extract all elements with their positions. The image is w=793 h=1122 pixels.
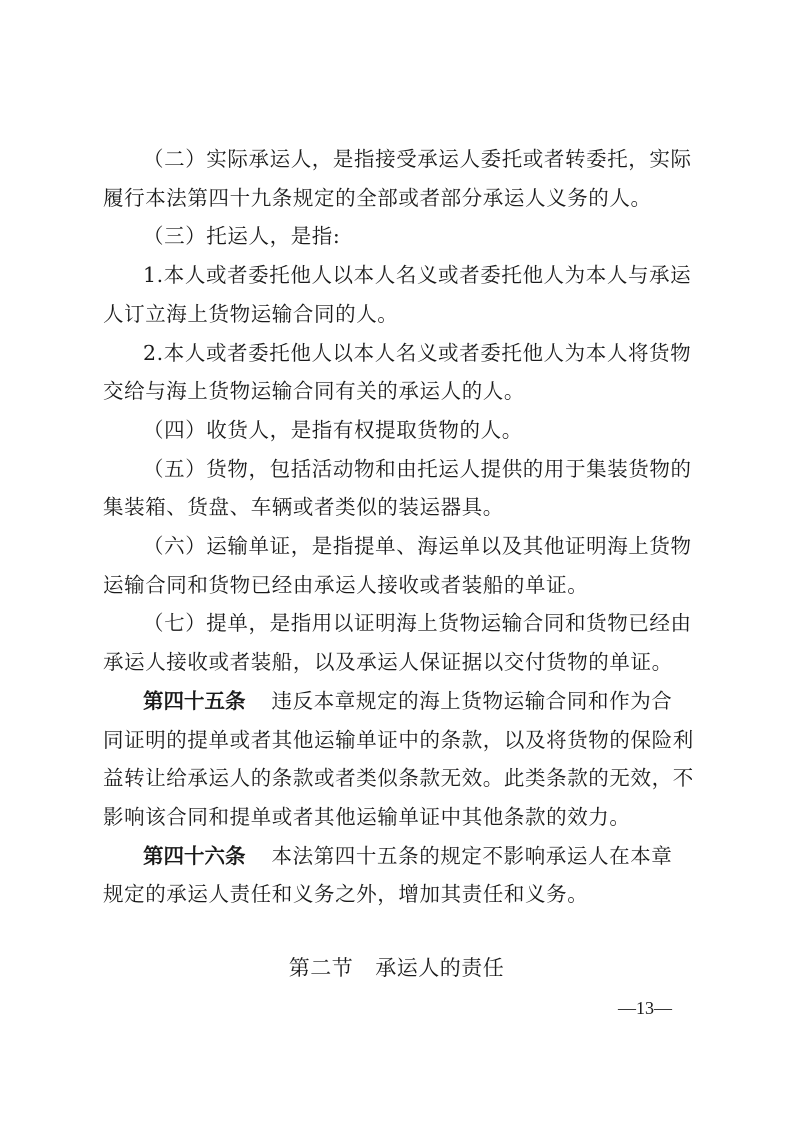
text-line: （六）运输单证，是指提单、海运单以及其他证明海上货物 <box>103 527 695 566</box>
paragraph-transport-document: （六）运输单证，是指提单、海运单以及其他证明海上货物 运输合同和货物已经由承运人… <box>103 527 695 604</box>
text-line: 第四十五条违反本章规定的海上货物运输合同和作为合 <box>103 682 695 721</box>
text-line: 影响该合同和提单或者其他运输单证中其他条款的效力。 <box>103 798 695 837</box>
text-line: 集装箱、货盘、车辆或者类似的装运器具。 <box>103 488 695 527</box>
text-line: 运输合同和货物已经由承运人接收或者装船的单证。 <box>103 566 695 605</box>
text-line: 履行本法第四十九条规定的全部或者部分承运人义务的人。 <box>103 179 695 218</box>
section-heading: 第二节承运人的责任 <box>0 952 793 982</box>
section-number: 第二节 <box>289 956 354 980</box>
article-text: 本法第四十五条的规定不影响承运人在本章 <box>272 844 673 868</box>
paragraph-consignee: （四）收货人，是指有权提取货物的人。 <box>103 411 695 450</box>
text-line: 规定的承运人责任和义务之外，增加其责任和义务。 <box>103 875 695 914</box>
paragraph-shipper-item-1: 1.本人或者委托他人以本人名义或者委托他人为本人与承运 人订立海上货物运输合同的… <box>103 256 695 333</box>
text-line: 1.本人或者委托他人以本人名义或者委托他人为本人与承运 <box>103 256 695 295</box>
article-title: 第四十五条 <box>143 689 246 713</box>
paragraph-goods: （五）货物，包括活动物和由托运人提供的用于集装货物的 集装箱、货盘、车辆或者类似… <box>103 450 695 527</box>
paragraph-shipper-item-2: 2.本人或者委托他人以本人名义或者委托他人为本人将货物 交给与海上货物运输合同有… <box>103 334 695 411</box>
text-line: （四）收货人，是指有权提取货物的人。 <box>103 411 695 450</box>
section-title: 承运人的责任 <box>375 956 504 980</box>
text-line: （二）实际承运人，是指接受承运人委托或者转委托，实际 <box>103 140 695 179</box>
text-line: 2.本人或者委托他人以本人名义或者委托他人为本人将货物 <box>103 334 695 373</box>
document-body: （二）实际承运人，是指接受承运人委托或者转委托，实际 履行本法第四十九条规定的全… <box>103 140 695 914</box>
article-text: 违反本章规定的海上货物运输合同和作为合 <box>272 689 673 713</box>
text-line: （三）托运人，是指: <box>103 217 695 256</box>
text-line: 益转让给承运人的条款或者类似条款无效。此类条款的无效，不 <box>103 759 695 798</box>
paragraph-bill-of-lading: （七）提单，是指用以证明海上货物运输合同和货物已经由 承运人接收或者装船，以及承… <box>103 604 695 681</box>
page-number: —13— <box>618 998 672 1019</box>
article-45: 第四十五条违反本章规定的海上货物运输合同和作为合 同证明的提单或者其他运输单证中… <box>103 682 695 837</box>
text-line: （七）提单，是指用以证明海上货物运输合同和货物已经由 <box>103 604 695 643</box>
text-line: 第四十六条本法第四十五条的规定不影响承运人在本章 <box>103 837 695 876</box>
text-line: 交给与海上货物运输合同有关的承运人的人。 <box>103 372 695 411</box>
article-title: 第四十六条 <box>143 844 246 868</box>
text-line: 人订立海上货物运输合同的人。 <box>103 295 695 334</box>
paragraph-shipper: （三）托运人，是指: <box>103 217 695 256</box>
text-line: 同证明的提单或者其他运输单证中的条款，以及将货物的保险利 <box>103 721 695 760</box>
article-46: 第四十六条本法第四十五条的规定不影响承运人在本章 规定的承运人责任和义务之外，增… <box>103 837 695 914</box>
paragraph-actual-carrier: （二）实际承运人，是指接受承运人委托或者转委托，实际 履行本法第四十九条规定的全… <box>103 140 695 217</box>
text-line: 承运人接收或者装船，以及承运人保证据以交付货物的单证。 <box>103 643 695 682</box>
text-line: （五）货物，包括活动物和由托运人提供的用于集装货物的 <box>103 450 695 489</box>
